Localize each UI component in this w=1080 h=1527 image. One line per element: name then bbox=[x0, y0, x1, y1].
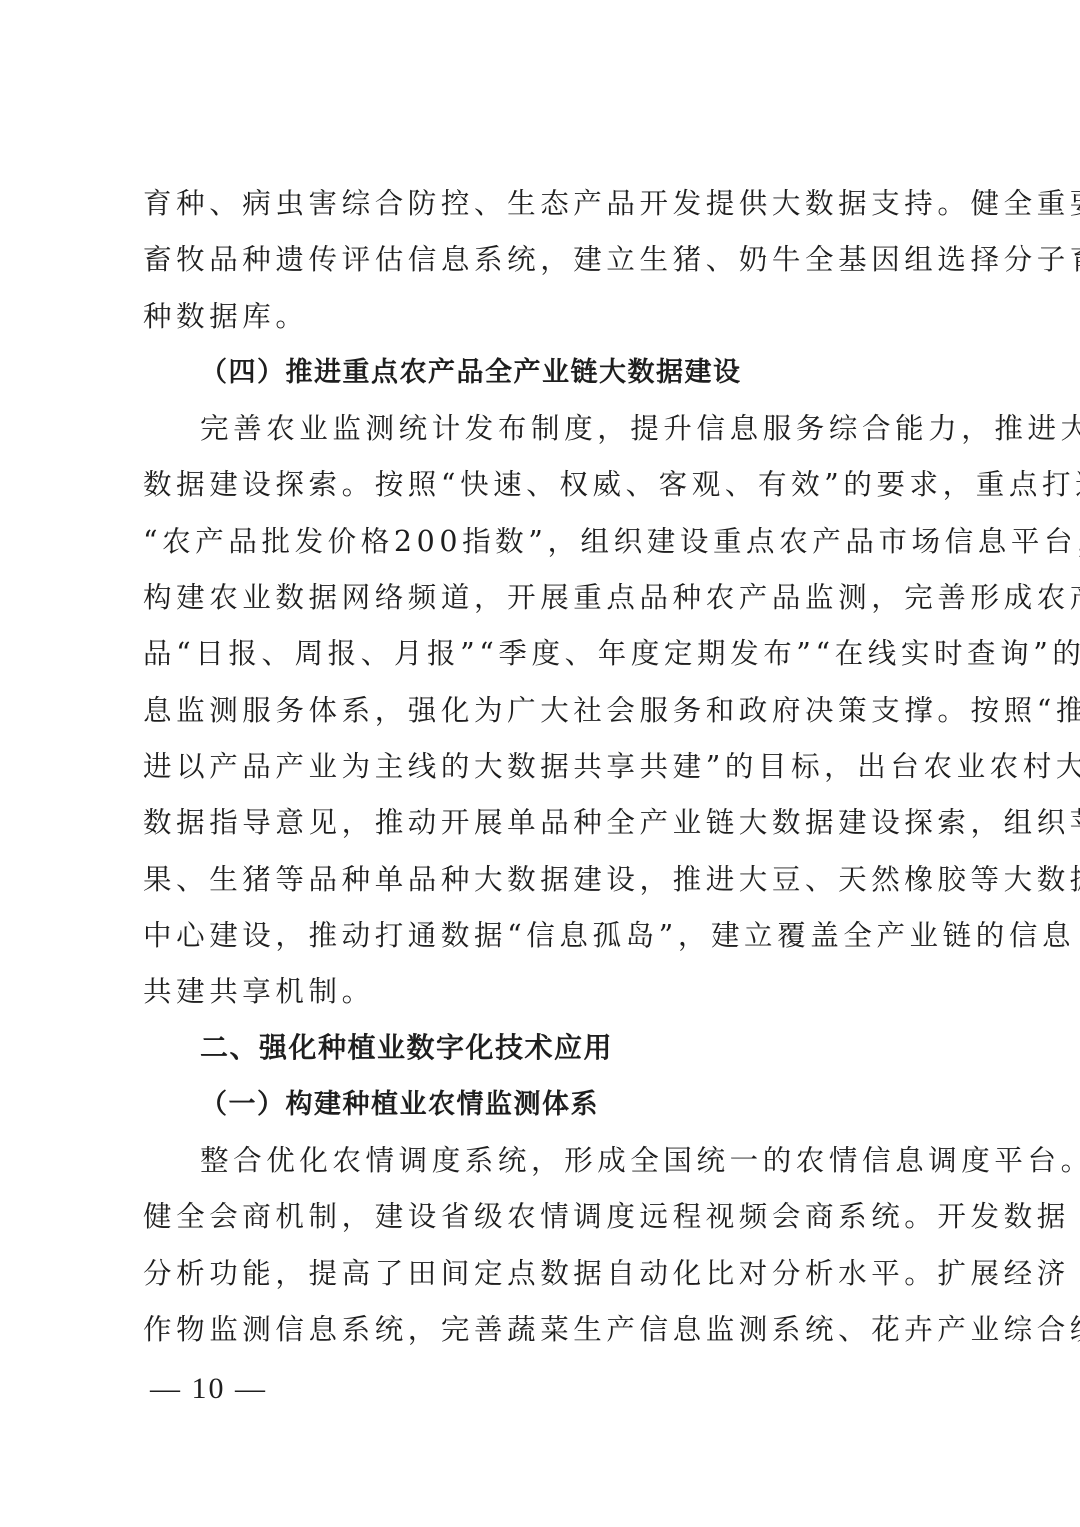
text-line: 整合优化农情调度系统，形成全国统一的农情信息调度平台。 bbox=[143, 1133, 943, 1189]
paragraph-continued: 育种、病虫害综合防控、生态产品开发提供大数据支持。健全重要 畜牧品种遗传评估信息… bbox=[143, 176, 943, 345]
text-line: 中心建设，推动打通数据“信息孤岛”，建立覆盖全产业链的信息 bbox=[143, 908, 943, 964]
text-line: 完善农业监测统计发布制度，提升信息服务综合能力，推进大 bbox=[143, 401, 943, 457]
paragraph-big-data: 完善农业监测统计发布制度，提升信息服务综合能力，推进大 数据建设探索。按照“快速… bbox=[143, 401, 943, 1020]
subheading-section-4: （四）推进重点农产品全产业链大数据建设 bbox=[143, 345, 943, 401]
text-line: “农产品批发价格200指数”，组织建设重点农产品市场信息平台， bbox=[143, 514, 943, 570]
text-line: 数据指导意见，推动开展单品种全产业链大数据建设探索，组织苹 bbox=[143, 795, 943, 851]
text-line: 健全会商机制，建设省级农情调度远程视频会商系统。开发数据 bbox=[143, 1189, 943, 1245]
paragraph-crop-monitoring: 整合优化农情调度系统，形成全国统一的农情信息调度平台。 健全会商机制，建设省级农… bbox=[143, 1133, 943, 1358]
text-line: 数据建设探索。按照“快速、权威、客观、有效”的要求，重点打造 bbox=[143, 457, 943, 513]
text-line: 品“日报、周报、月报”“季度、年度定期发布”“在线实时查询”的信 bbox=[143, 626, 943, 682]
heading-section-2: 二、强化种植业数字化技术应用 bbox=[143, 1020, 943, 1076]
text-line: 构建农业数据网络频道，开展重点品种农产品监测，完善形成农产 bbox=[143, 570, 943, 626]
document-page: 育种、病虫害综合防控、生态产品开发提供大数据支持。健全重要 畜牧品种遗传评估信息… bbox=[143, 176, 943, 1358]
text-line: 畜牧品种遗传评估信息系统，建立生猪、奶牛全基因组选择分子育 bbox=[143, 232, 943, 288]
text-line: 种数据库。 bbox=[143, 289, 943, 345]
text-line: 共建共享机制。 bbox=[143, 964, 943, 1020]
text-line: 分析功能，提高了田间定点数据自动化比对分析水平。扩展经济 bbox=[143, 1246, 943, 1302]
subheading-section-1: （一）构建种植业农情监测体系 bbox=[143, 1077, 943, 1133]
text-line: 息监测服务体系，强化为广大社会服务和政府决策支撑。按照“推 bbox=[143, 683, 943, 739]
text-line: 育种、病虫害综合防控、生态产品开发提供大数据支持。健全重要 bbox=[143, 176, 943, 232]
text-line: 进以产品产业为主线的大数据共享共建”的目标，出台农业农村大 bbox=[143, 739, 943, 795]
page-number: — 10 — bbox=[150, 1372, 267, 1406]
text-line: 作物监测信息系统，完善蔬菜生产信息监测系统、花卉产业综合统 bbox=[143, 1302, 943, 1358]
text-line: 果、生猪等品种单品种大数据建设，推进大豆、天然橡胶等大数据 bbox=[143, 852, 943, 908]
